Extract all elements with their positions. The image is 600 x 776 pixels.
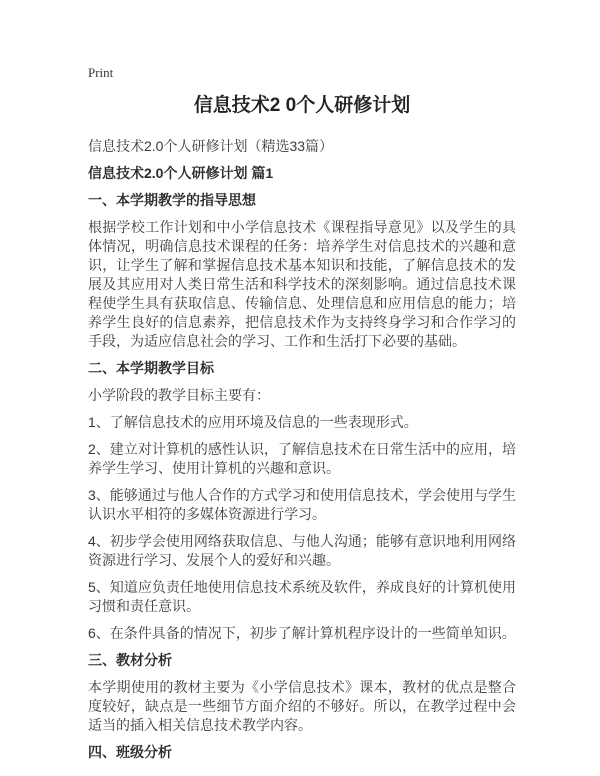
section-heading-1: 一、本学期教学的指导思想: [88, 191, 516, 210]
paragraph-textbook: 本学期使用的教材主要为《小学信息技术》课本，教材的优点是整合度较好，缺点是一些细…: [88, 678, 516, 735]
document-page: Print 信息技术2 0个人研修计划 信息技术2.0个人研修计划（精选33篇）…: [0, 0, 600, 776]
list-item-1: 1、了解信息技术的应用环境及信息的一些表现形式。: [88, 413, 516, 432]
list-item-2: 2、建立对计算机的感性认识，了解信息技术在日常生活中的应用，培养学生学习、使用计…: [88, 440, 516, 478]
list-item-6: 6、在条件具备的情况下，初步了解计算机程序设计的一些简单知识。: [88, 624, 516, 643]
paragraph-guiding-ideology: 根据学校工作计划和中小学信息技术《课程指导意见》以及学生的具体情况，明确信息技术…: [88, 218, 516, 351]
list-item-4: 4、初步学会使用网络获取信息、与他人沟通；能够有意识地利用网络资源进行学习、发展…: [88, 532, 516, 570]
section-heading-2: 二、本学期教学目标: [88, 359, 516, 378]
section-heading-4: 四、班级分析: [88, 743, 516, 762]
section-heading-pian1: 信息技术2.0个人研修计划 篇1: [88, 164, 516, 183]
document-body: 信息技术2.0个人研修计划 篇1 一、本学期教学的指导思想 根据学校工作计划和中…: [88, 164, 516, 762]
page-title: 信息技术2 0个人研修计划: [88, 93, 516, 119]
list-item-3: 3、能够通过与他人合作的方式学习和使用信息技术，学会使用与学生认识水平相符的多媒…: [88, 486, 516, 524]
section-heading-3: 三、教材分析: [88, 651, 516, 670]
list-item-5: 5、知道应负责任地使用信息技术系统及软件，养成良好的计算机使用习惯和责任意识。: [88, 578, 516, 616]
document-subtitle: 信息技术2.0个人研修计划（精选33篇）: [88, 137, 516, 156]
paragraph-goals-intro: 小学阶段的教学目标主要有：: [88, 386, 516, 405]
print-button[interactable]: Print: [88, 65, 113, 81]
